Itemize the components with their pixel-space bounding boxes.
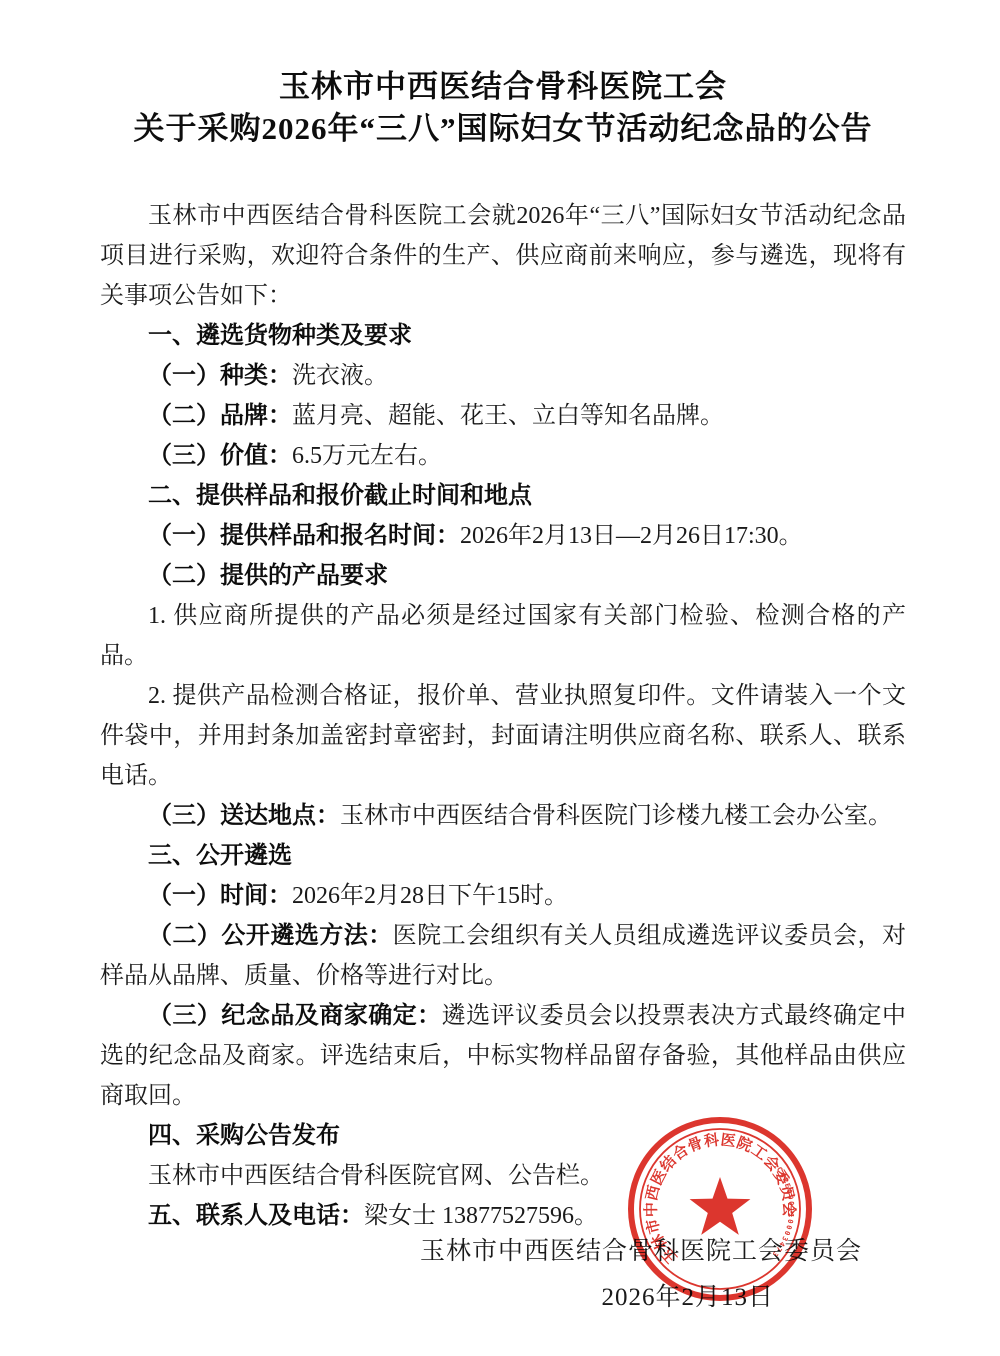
seal-star-icon [690, 1177, 751, 1235]
doc-body: 玉林市中西医结合骨科医院工会就2026年“三八”国际妇女节活动纪念品项目进行采购… [100, 196, 906, 1236]
heading-text: 三、公开遴选 [148, 843, 292, 869]
clause-label: （三）送达地点： [148, 803, 340, 829]
paragraph-text: 玉林市中西医结合骨科医院工会就2026年“三八”国际妇女节活动纪念品项目进行采购… [100, 203, 906, 309]
clause-label: （三）纪念品及商家确定： [148, 1003, 442, 1029]
labeled-clause: （三）送达地点：玉林市中西医结合骨科医院门诊楼九楼工会办公室。 [100, 796, 906, 836]
labeled-clause: （二）公开遴选方法：医院工会组织有关人员组成遴选评议委员会，对样品从品牌、质量、… [100, 916, 906, 996]
section-heading: 一、遴选货物种类及要求 [100, 316, 906, 356]
heading-text: 二、提供样品和报价截止时间和地点 [148, 483, 532, 509]
clause-label: （一）提供样品和报名时间： [148, 523, 460, 549]
heading-text: （二）提供的产品要求 [148, 563, 388, 589]
clause-label: （二）品牌： [148, 403, 292, 429]
doc-title: 玉林市中西医结合骨科医院工会 关于采购2026年“三八”国际妇女节活动纪念品的公… [100, 66, 906, 150]
labeled-clause: （三）纪念品及商家确定：遴选评议委员会以投票表决方式最终确定中选的纪念品及商家。… [100, 996, 906, 1116]
document-page: 玉林市中西医结合骨科医院工会 关于采购2026年“三八”国际妇女节活动纪念品的公… [0, 0, 1000, 1356]
clause-text: 蓝月亮、超能、花王、立白等知名品牌。 [292, 403, 724, 429]
doc-title-line2: 关于采购2026年“三八”国际妇女节活动纪念品的公告 [100, 108, 906, 150]
clause-label: （一）时间： [148, 883, 292, 909]
official-seal: 玉林市中西医结合骨科医院工会委员会 C4PE000110003473 [624, 1110, 816, 1308]
section-heading: （二）提供的产品要求 [100, 556, 906, 596]
clause-label: （二）公开遴选方法： [148, 923, 393, 949]
paragraph-text: 玉林市中西医结合骨科医院官网、公告栏。 [148, 1163, 604, 1189]
clause-label: （三）价值： [148, 443, 292, 469]
paragraph-text: 2. 提供产品检测合格证，报价单、营业执照复印件。文件请装入一个文件袋中，并用封… [100, 683, 906, 789]
clause-text: 洗衣液。 [292, 363, 388, 389]
paragraph-text: 1. 供应商所提供的产品必须是经过国家有关部门检验、检测合格的产品。 [100, 603, 906, 669]
heading-text: 一、遴选货物种类及要求 [148, 323, 412, 349]
labeled-clause: （三）价值：6.5万元左右。 [100, 436, 906, 476]
clause-label: 五、联系人及电话： [148, 1203, 364, 1229]
clause-text: 2026年2月28日下午15时。 [292, 883, 568, 909]
section-heading: 三、公开遴选 [100, 836, 906, 876]
labeled-clause: （一）提供样品和报名时间：2026年2月13日—2月26日17:30。 [100, 516, 906, 556]
body-paragraph: 1. 供应商所提供的产品必须是经过国家有关部门检验、检测合格的产品。 [100, 596, 906, 676]
doc-title-line1: 玉林市中西医结合骨科医院工会 [100, 66, 906, 108]
clause-text: 2026年2月13日—2月26日17:30。 [460, 523, 803, 549]
clause-text: 玉林市中西医结合骨科医院门诊楼九楼工会办公室。 [340, 803, 892, 829]
document-content: 玉林市中西医结合骨科医院工会 关于采购2026年“三八”国际妇女节活动纪念品的公… [100, 0, 906, 1236]
clause-text: 梁女士 13877527596。 [364, 1203, 598, 1229]
body-paragraph: 2. 提供产品检测合格证，报价单、营业执照复印件。文件请装入一个文件袋中，并用封… [100, 676, 906, 796]
section-heading: 二、提供样品和报价截止时间和地点 [100, 476, 906, 516]
labeled-clause: （二）品牌：蓝月亮、超能、花王、立白等知名品牌。 [100, 396, 906, 436]
heading-text: 四、采购公告发布 [148, 1123, 340, 1149]
clause-text: 6.5万元左右。 [292, 443, 442, 469]
body-paragraph: 玉林市中西医结合骨科医院工会就2026年“三八”国际妇女节活动纪念品项目进行采购… [100, 196, 906, 316]
labeled-clause: （一）种类：洗衣液。 [100, 356, 906, 396]
clause-label: （一）种类： [148, 363, 292, 389]
labeled-clause: （一）时间：2026年2月28日下午15时。 [100, 876, 906, 916]
